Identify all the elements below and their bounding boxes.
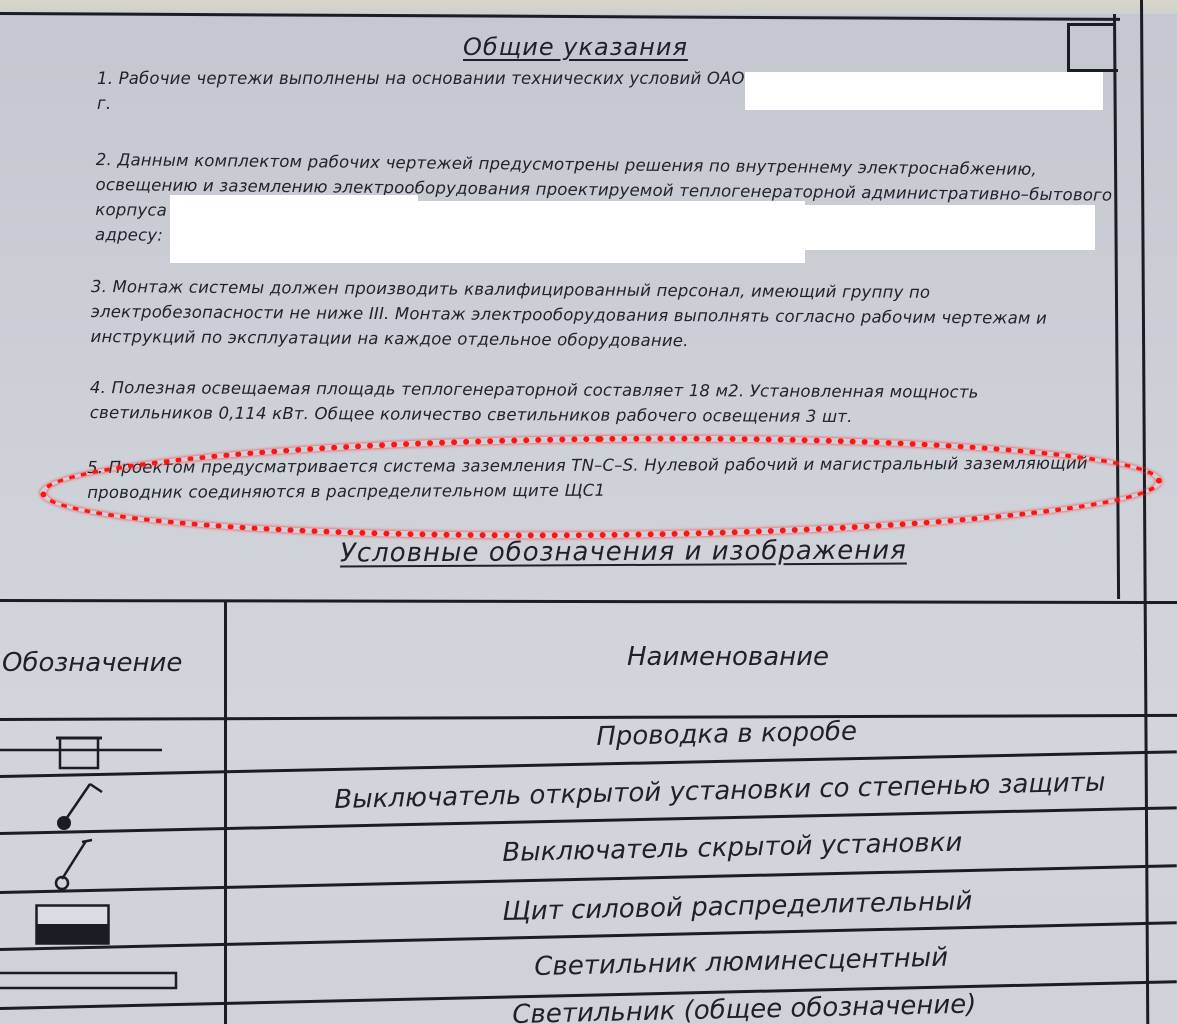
column-header-name: Наименование (627, 642, 829, 672)
flush-switch-icon (50, 837, 110, 896)
column-divider (224, 600, 227, 1024)
legend-row-name: Выключатель открытой установки со степен… (334, 768, 1106, 815)
legend-row-name: Выключатель скрытой установки (502, 828, 963, 868)
table-border (0, 599, 1177, 604)
corner-stamp-box (1067, 23, 1118, 72)
legend-row-name: Проводка в коробе (596, 717, 857, 752)
note-1-line-1: 1. Рабочие чертежи выполнены на основани… (97, 66, 745, 91)
power-distribution-board-icon (35, 904, 113, 950)
note-4-line-2: светильников 0,114 кВт. Общее количество… (90, 400, 979, 430)
row-divider (0, 806, 1177, 835)
row-divider (0, 864, 1177, 894)
redaction-block (745, 72, 1103, 110)
general-notes-title: Общие указания (463, 33, 688, 61)
drawing-sheet: Общие указания 1. Рабочие чертежи выполн… (0, 0, 1177, 1024)
legend-table: Обозначение Наименование Проводка в коро… (0, 600, 1177, 1024)
red-highlight-outline (39, 430, 1162, 544)
wiring-in-duct-icon (0, 728, 170, 774)
legend-row-name: Светильник люминесцентный (534, 943, 948, 982)
note-4: 4. Полезная освещаемая площадь теплогене… (90, 375, 979, 430)
redaction-block (170, 201, 805, 263)
fluorescent-luminaire-icon (0, 970, 180, 996)
redaction-block (805, 205, 1095, 250)
note-1: 1. Рабочие чертежи выполнены на основани… (97, 66, 745, 116)
frame-border-right (1113, 14, 1120, 599)
column-header-symbol: Обозначение (2, 648, 182, 678)
note-1-line-2: г. (97, 91, 745, 116)
legend-title: Условные обозначения и изображения (340, 536, 907, 569)
header-divider (0, 714, 1177, 721)
row-divider (0, 921, 1177, 951)
legend-row-name: Щит силовой распределительный (502, 886, 973, 927)
surface-switch-protected-icon (50, 780, 110, 839)
note-3: 3. Монтаж системы должен производить ква… (90, 274, 1047, 356)
background-edge (0, 0, 1177, 14)
